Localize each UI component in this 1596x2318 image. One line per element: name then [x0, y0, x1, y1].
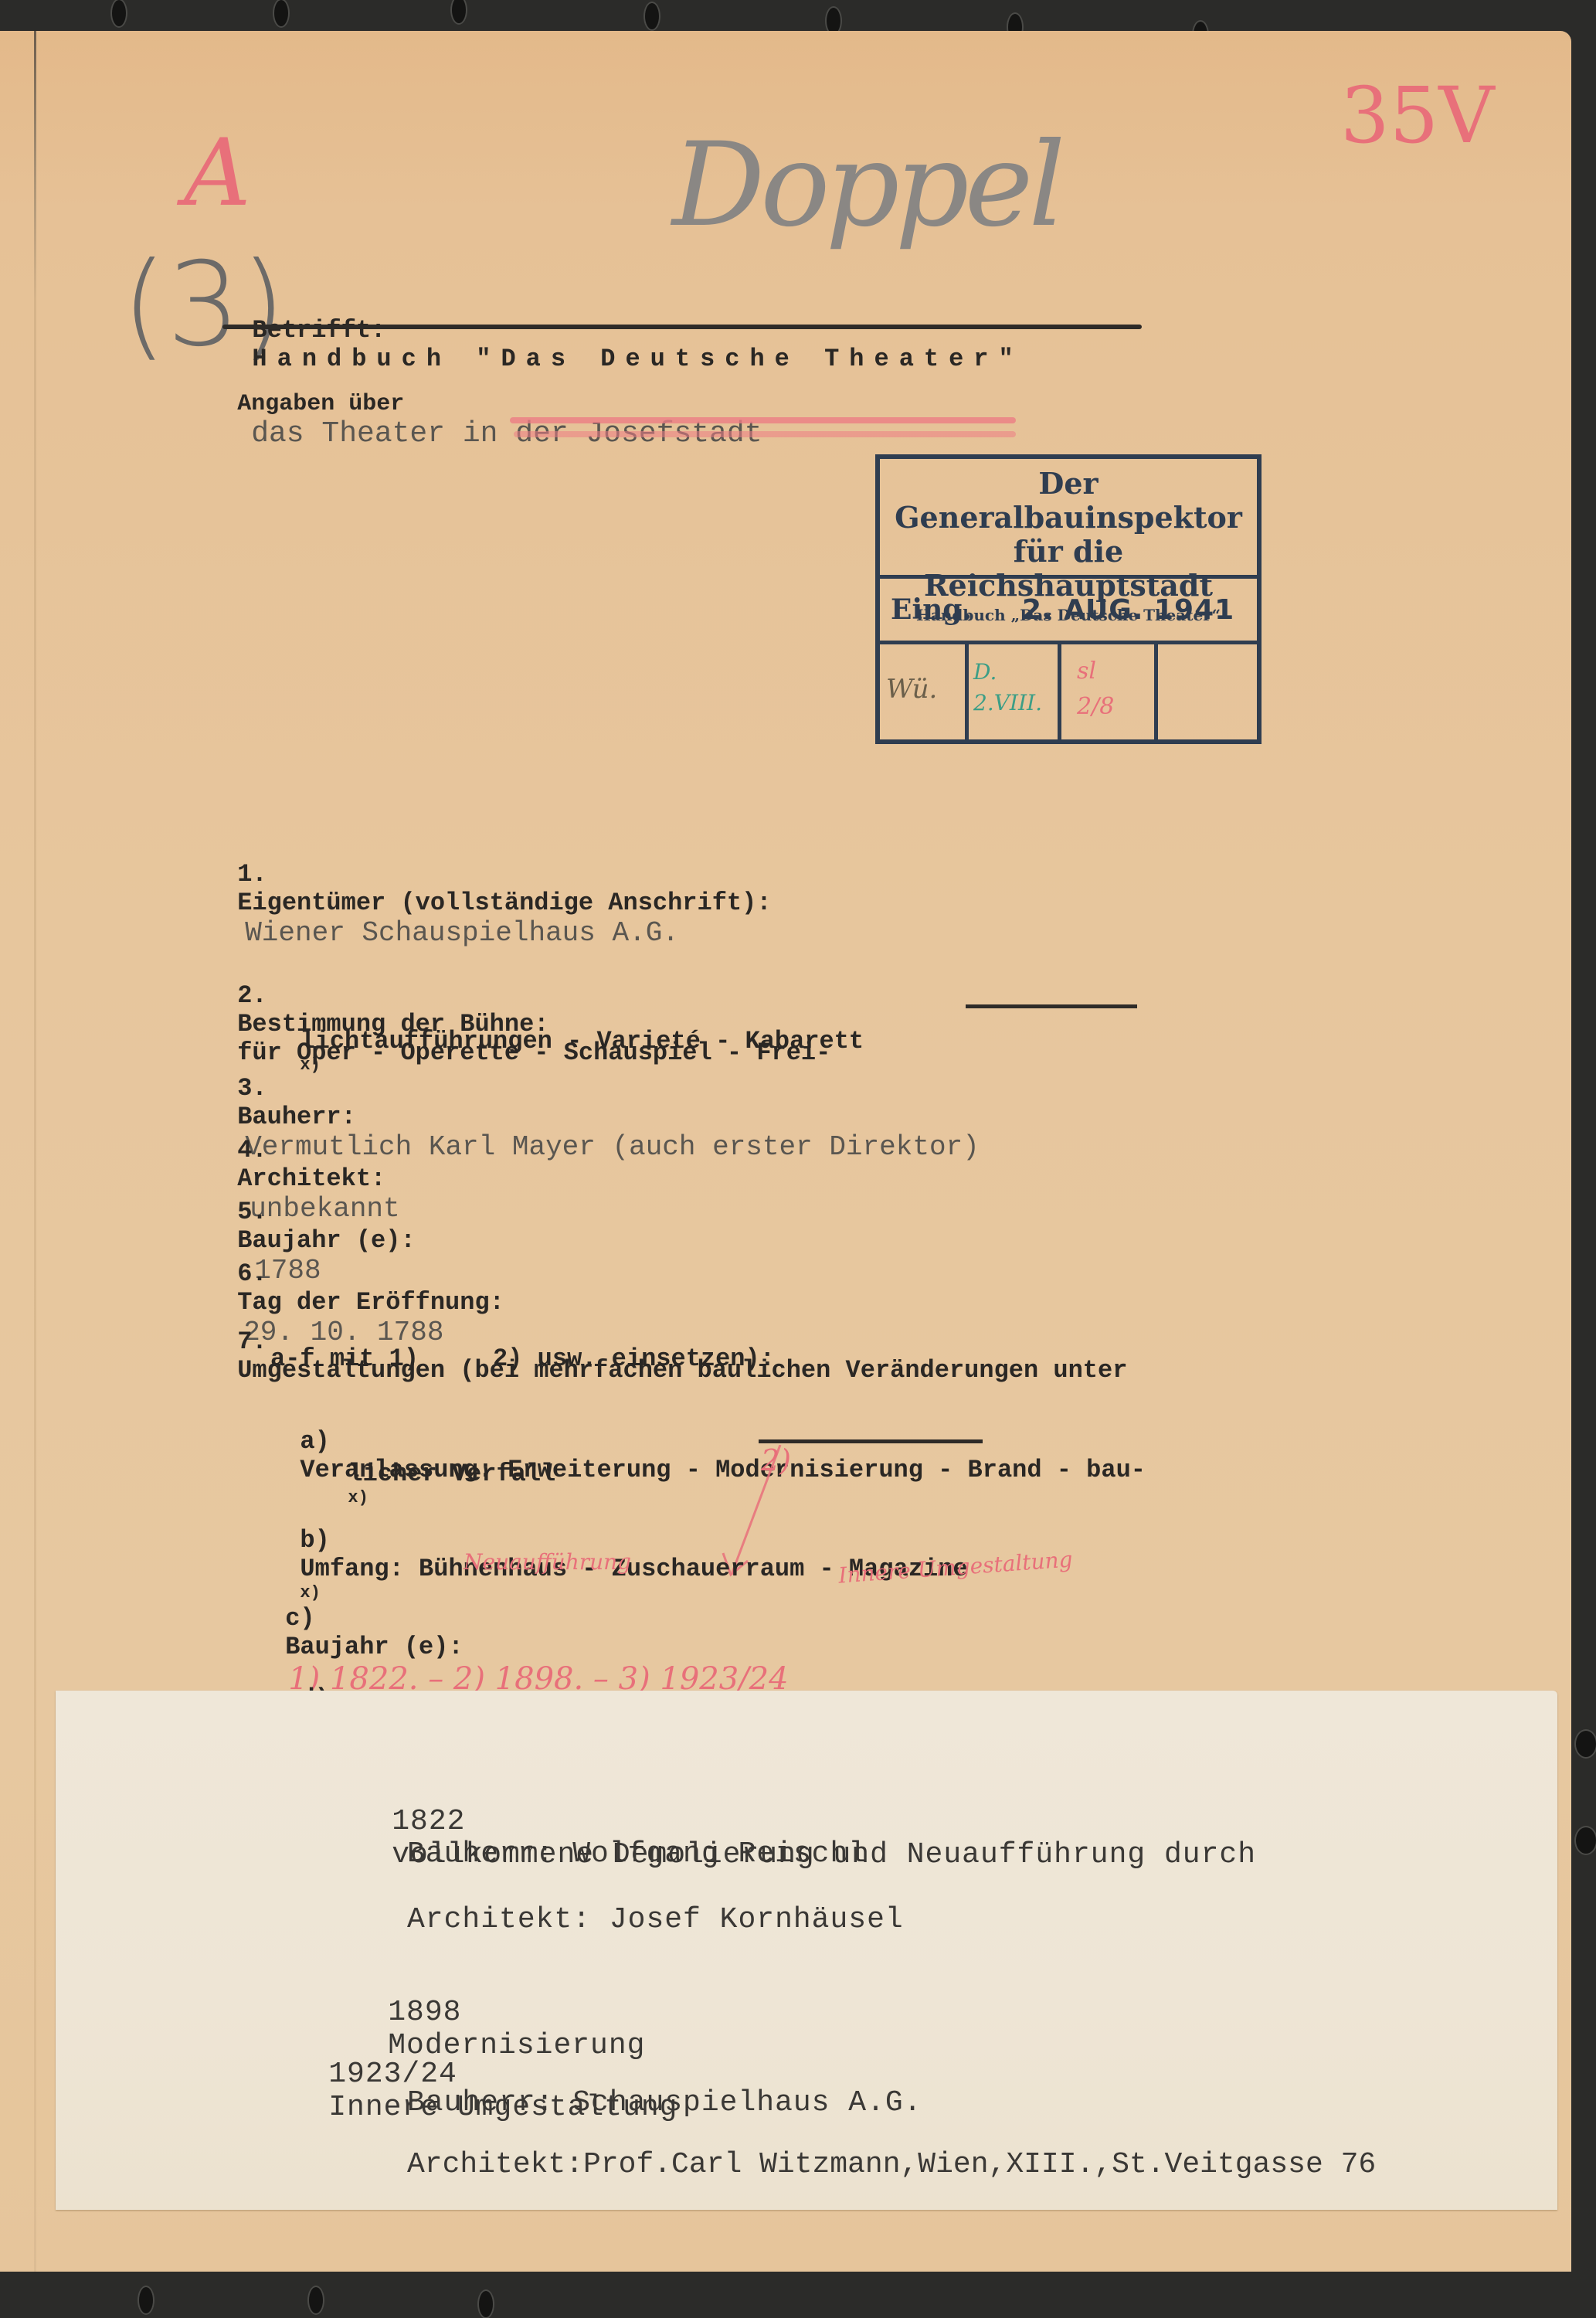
- slip-line: Architekt:Prof.Carl Witzmann,Wien,XIII.,…: [407, 2148, 1376, 2181]
- binder-hole: [1576, 1827, 1596, 1854]
- about-line: Angaben über das Theater in der Josefsta…: [222, 377, 762, 450]
- slip-line: Architekt: Josef Kornhäusel: [407, 1903, 904, 1936]
- stamp-cell-3: sl 2/8: [1061, 644, 1158, 743]
- subject-value: Handbuch "Das Deutsche Theater": [252, 345, 1023, 373]
- item-label: Eigentümer (vollständige Anschrift):: [237, 889, 771, 917]
- pencil-note-doppel: Doppel: [672, 116, 1061, 255]
- stamp-initial-2: D. 2.VIII.: [973, 657, 1051, 719]
- note-neuauffuehrung: Neuaufführung: [464, 1549, 631, 1575]
- stamp-initials-row: Wü. D. 2.VIII. sl 2/8: [880, 644, 1257, 743]
- schauspiel-underline: [966, 1004, 1137, 1008]
- sub-item-label: c): [285, 1604, 314, 1633]
- stamp-line-2: für die Reichshauptstadt: [880, 535, 1257, 603]
- sub-item-text-continued: licher Verfall: [348, 1460, 555, 1488]
- stamp-initial-1: Wü.: [886, 674, 937, 705]
- subject-underline: [222, 325, 1142, 329]
- about-label: Angaben über: [237, 391, 404, 417]
- item-number: 4.: [237, 1136, 267, 1164]
- modernisierung-underline: [759, 1439, 983, 1443]
- item-1: 1. Eigentümer (vollständige Anschrift): …: [222, 846, 772, 949]
- folio-number: 35V: [1340, 70, 1494, 162]
- binder-hole: [452, 0, 466, 23]
- binder-hole: [274, 0, 288, 26]
- binder-hole: [645, 3, 659, 29]
- item-number: 2.: [237, 981, 267, 1010]
- item-number: 5.: [237, 1198, 267, 1226]
- stamp-received-label: Eing.: [891, 593, 1022, 626]
- red-underline-2: [514, 431, 1016, 437]
- binder-hole: [479, 2291, 493, 2317]
- slip-line: Bauherr: Wolfgang Reischl: [407, 1837, 867, 1871]
- stamp-cell-2: D. 2.VIII.: [969, 644, 1061, 743]
- binder-hole: [309, 2287, 323, 2313]
- binder-hole: [1576, 1731, 1596, 1757]
- binder-hole: [112, 0, 126, 26]
- received-stamp: Der Generalbauinspektor für die Reichsha…: [875, 454, 1262, 744]
- stamp-cell-1: Wü.: [880, 644, 969, 743]
- red-underline-1: [510, 417, 1016, 423]
- item-value: Wiener Schauspielhaus A.G.: [245, 917, 679, 949]
- item-number: 7.: [237, 1327, 267, 1356]
- subject-line: Betrifft: Handbuch "Das Deutsche Theater…: [222, 287, 1024, 373]
- stamp-received-date: 2. AUG. 1941: [1022, 594, 1234, 626]
- item-label: Tag der Eröffnung:: [237, 1288, 504, 1317]
- stamp-cell-4: [1158, 644, 1257, 743]
- stamp-line-1: Der Generalbauinspektor: [880, 459, 1257, 535]
- subject-label: Betrifft:: [252, 316, 385, 345]
- file-mark-letter: A: [184, 124, 251, 224]
- item-number: 6.: [237, 1259, 267, 1288]
- fold-line: [34, 31, 36, 2272]
- stamp-initial-3: sl 2/8: [1077, 654, 1139, 725]
- binder-hole: [139, 2287, 153, 2313]
- item-number: 1.: [237, 860, 267, 889]
- sub-item-label: b): [300, 1526, 329, 1555]
- item-number: 3.: [237, 1074, 267, 1103]
- binder-hole: [827, 8, 840, 34]
- item-7-line-2: a-f mit 1) 2) usw. einsetzen):: [270, 1344, 775, 1373]
- slip-line: Bauherr: Schauspielhaus A.G.: [407, 2086, 922, 2119]
- stamp-header: Der Generalbauinspektor für die Reichsha…: [880, 459, 1257, 579]
- attached-slip: 1822 vollkommene Demolierung und Neuauff…: [56, 1691, 1557, 2210]
- item-options-continued: lichtaufführungen - Varieté - Kabarett: [300, 1027, 864, 1055]
- slip-year: 1822: [392, 1805, 465, 1838]
